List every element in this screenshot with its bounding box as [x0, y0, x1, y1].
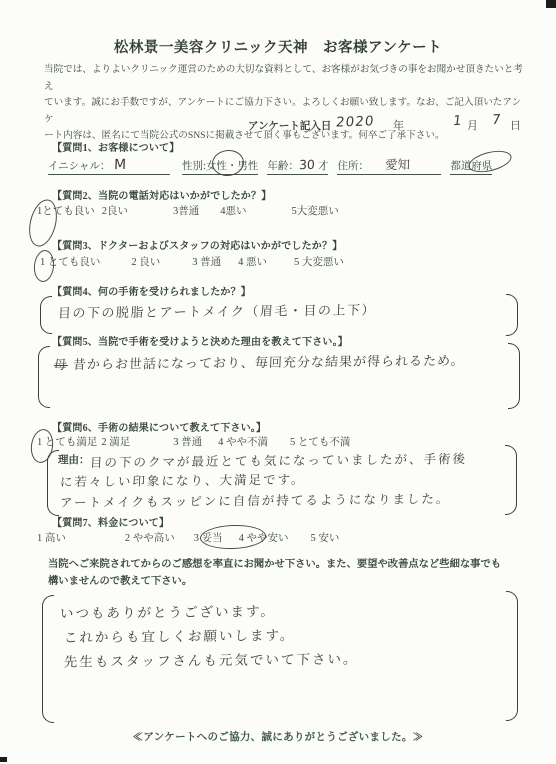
date-month-value: 1 — [452, 113, 462, 129]
q3-selection-circle — [32, 249, 55, 283]
survey-date-label: アンケート記入日 — [248, 118, 331, 133]
gender-label: 性別: — [182, 161, 206, 172]
q7-selection-circle — [200, 524, 267, 550]
q3-option-5: 5 大変悪い — [294, 254, 344, 269]
q4-bracket-left — [40, 296, 52, 334]
address-value: 愛知 — [385, 155, 411, 173]
feedback-bracket-left — [42, 595, 54, 723]
initial-field: イニシャル：M — [48, 157, 170, 175]
q6-option-2: 2 満足 — [101, 434, 130, 449]
scan-artifact-bottom-left — [0, 757, 7, 762]
footer-thanks: ≪アンケートへのご協力、誠にありがとうございました。≫ — [0, 729, 556, 744]
feedback-comment-line-2: これからも宜しくお願いします。 — [64, 624, 296, 646]
date-day-unit: 日 — [510, 117, 521, 133]
q3-option-4: 4 悪い — [238, 254, 267, 269]
q1-answer-row: イニシャル：M 性別:女性・男性 年齢：30才 住所：愛知 都道府県 — [48, 155, 492, 175]
page-title: 松林景一美容クリニック天神 お客様アンケート — [0, 36, 556, 57]
initial-label: イニシャル： — [48, 161, 110, 172]
q2-option-3: 3普通 — [173, 203, 199, 218]
initial-value: M — [114, 157, 127, 173]
date-year-unit: 年 — [393, 117, 404, 133]
q6-heading: 【質問6、手術の結果について教えて下さい。】 — [52, 419, 266, 434]
feedback-prompt: 当院へご来院されてからのご感想を率直にお聞かせ下さい。また、要望や改善点など些細… — [48, 557, 501, 590]
feedback-comment-line-3: 先生もスタッフさんも元気でいて下さい。 — [64, 647, 359, 670]
q2-option-5: 5大変悪い — [292, 203, 339, 218]
address-field: 住所：愛知 — [337, 155, 441, 175]
q2-option-2: 2良い — [102, 203, 128, 218]
age-label: 年齢： — [267, 161, 299, 172]
address-label: 住所： — [337, 161, 369, 172]
q6-reason-label: 理由： — [58, 452, 90, 467]
q6-reason-line-3: アートメイクもスッピンに自信が持てるようになりました。 — [60, 489, 451, 511]
q2-heading: 【質問2、当院の電話対応はいかがでしたか？】 — [52, 187, 271, 202]
q5-heading: 【質問5、当院で手術を受けようと決めた理由を教えて下さい。】 — [52, 333, 348, 348]
date-day-value: 7 — [491, 112, 501, 128]
q7-heading: 【質問7、料金について】 — [52, 514, 169, 529]
q2-option-4: 4悪い — [220, 203, 246, 218]
date-year-value: 2020 — [335, 113, 375, 130]
q7-option-2: 2 やや高い — [125, 530, 175, 545]
q4-heading: 【質問4、何の手術を受けられましたか？】 — [52, 283, 251, 298]
q4-answer: 目の下の脱脂とアートメイク（眉毛・目の上下） — [58, 299, 377, 321]
q5-answer: 母昔からお世話になっており、毎回充分な結果が得られるため。 — [54, 350, 465, 373]
q5-bracket-right — [508, 343, 520, 409]
age-field: 年齢：30才 — [267, 157, 328, 175]
scan-artifact-top-right — [546, 0, 556, 8]
q6-reason-line-2: に若々しい印象になり、大満足です。 — [60, 470, 306, 491]
q6-reason-line-1: 目の下のクマが最近とても気になっていましたが、手術後 — [90, 449, 468, 471]
q7-option-5: 5 安い — [311, 530, 340, 545]
q7-option-1: 1 高い — [37, 530, 66, 545]
q3-option-3: 3 普通 — [192, 254, 221, 269]
q3-options-row: 1 とても良い 2 良い 3 普通 4 悪い 5 大変悪い — [40, 254, 344, 269]
q3-option-2: 2 良い — [131, 254, 160, 269]
q2-options-row: 1とても良い 2良い 3普通 4悪い 5大変悪い — [37, 203, 339, 218]
date-month-unit: 月 — [467, 117, 478, 133]
q5-bracket-left — [38, 346, 50, 408]
feedback-prompt-line-1: 当院へご来院されてからのご感想を率直にお聞かせ下さい。また、要望や改善点など些細… — [48, 557, 501, 574]
feedback-bracket-right — [506, 591, 518, 721]
q6-options-row: 1 とても満足 2 満足 3 普通 4 やや不満 5 とても不満 — [37, 434, 350, 449]
age-unit: 才 — [318, 161, 329, 172]
q7-options-row: 1 高い 2 やや高い 3 妥当 4 やや安い 5 安い — [37, 530, 339, 545]
q5-answer-text: 昔からお世話になっており、毎回充分な結果が得られるため。 — [73, 354, 465, 373]
feedback-comment-line-1: いつもありがとうございます。 — [60, 600, 277, 622]
feedback-prompt-line-2: 構いませんので教えて下さい。 — [48, 574, 501, 591]
q6-option-4: 4 やや不満 — [218, 434, 268, 449]
q6-reason-bracket-right — [505, 445, 517, 515]
q6-option-5: 5 とても不満 — [290, 434, 350, 449]
age-value: 30 — [299, 157, 315, 172]
q4-bracket-right — [506, 294, 518, 336]
q6-option-3: 3 普通 — [173, 434, 202, 449]
q3-heading: 【質問3、ドクターおよびスタッフの対応はいかがでしたか？】 — [52, 237, 342, 252]
survey-scan-page: 松林景一美容クリニック天神 お客様アンケート 当院では、よりよいクリニック運営の… — [0, 0, 556, 764]
q1-heading: 【質問1、お客様について】 — [52, 139, 179, 154]
intro-line-1: 当院では、よりよいクリニック運営のための大切な資料として、お客様がお気づきの事を… — [44, 62, 530, 95]
q5-crossed-out-text: 母 — [54, 358, 69, 373]
